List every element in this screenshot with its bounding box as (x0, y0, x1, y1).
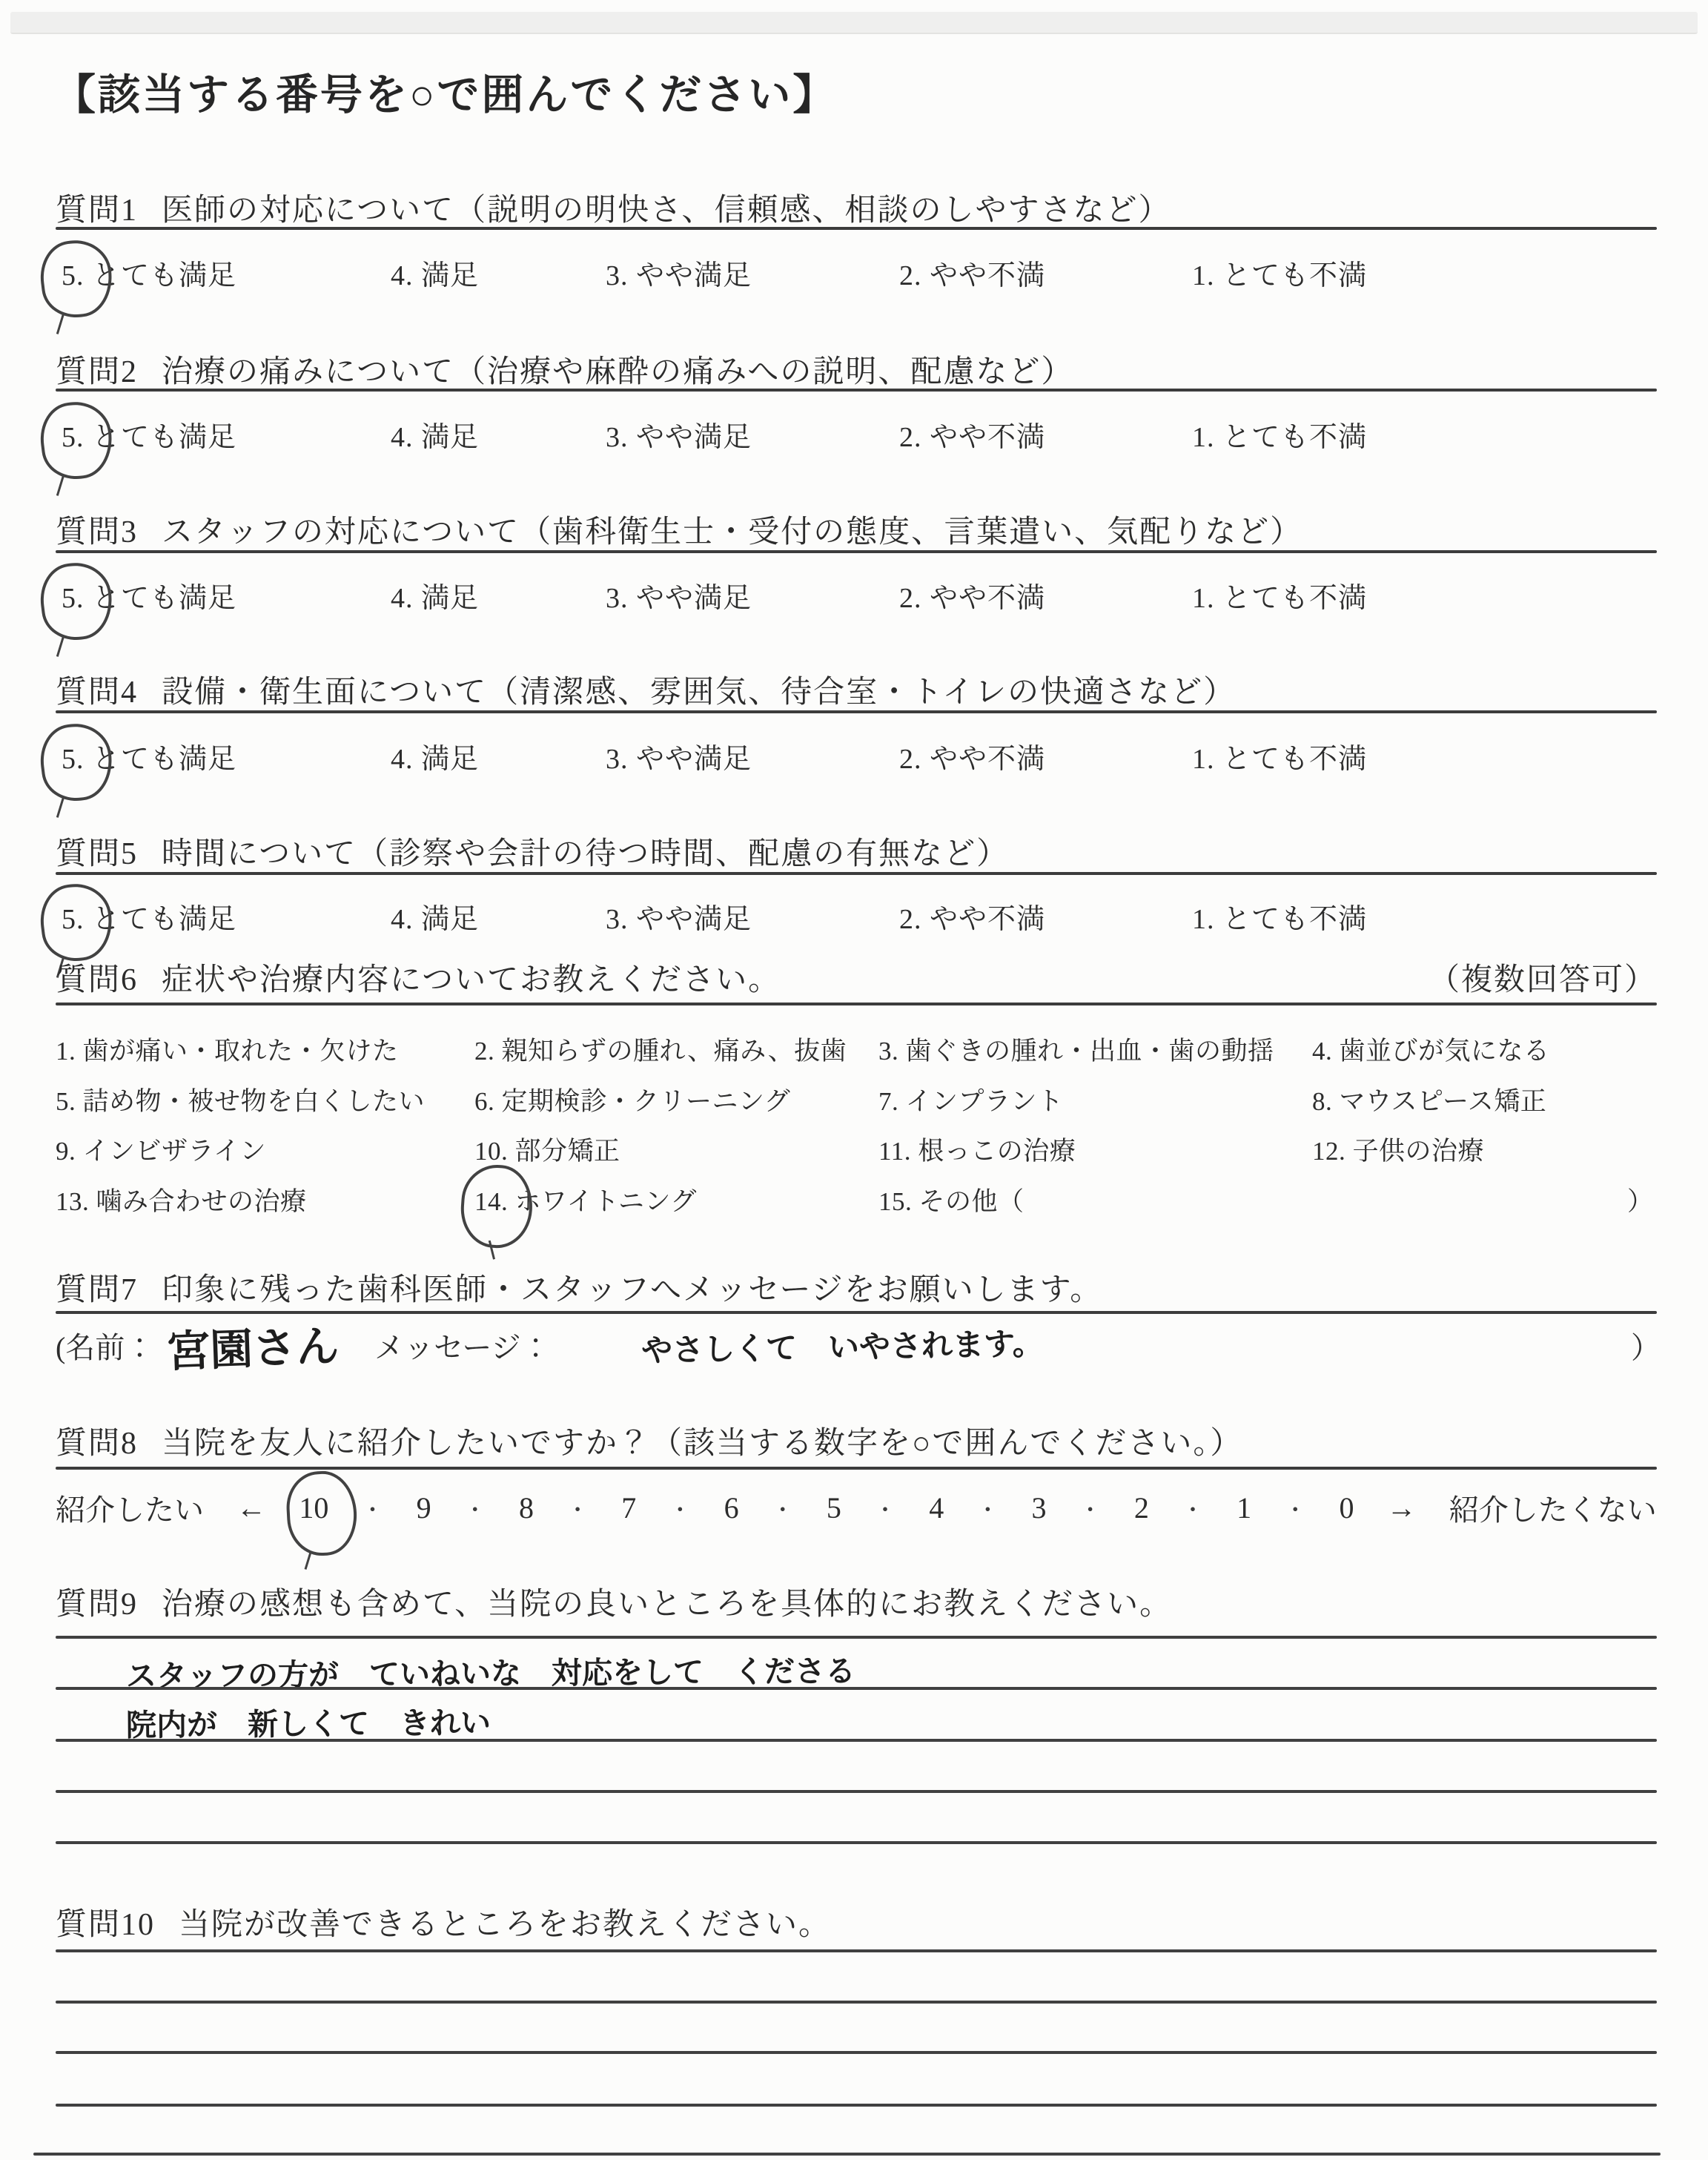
question-7-answer-row: (名前： 宮園さん メッセージ： やさしくて いやされます。 ） (56, 1324, 1657, 1391)
scan-edge-band (10, 12, 1698, 34)
nps-number-2: 2 (1134, 1490, 1149, 1525)
handwritten-message: やさしくて いやされます。 (641, 1319, 1045, 1370)
scale-separator: ・ (669, 1492, 691, 1525)
question-9-header: 質問9治療の感想も含めて、当院の良いところを具体的にお教えください。 (56, 1579, 1172, 1624)
question-8-title: 当院を友人に紹介したいですか？（該当する数字を○で囲んでください。） (162, 1427, 1242, 1461)
rating-option-4: 4. 満足 (391, 575, 479, 615)
answer-line (56, 1687, 1657, 1690)
rating-option-3: 3. やや満足 (606, 896, 752, 937)
nps-number-6: 6 (724, 1490, 739, 1525)
question-2-label: 質問2 (56, 355, 138, 389)
question-4-label: 質問4 (56, 676, 138, 710)
answer-line (56, 1636, 1657, 1639)
symptom-item-8: 8. マウスピース矯正 (1312, 1081, 1546, 1118)
rating-option-1: 1. とても不満 (1192, 575, 1367, 615)
question-3-options: 5. とても満足 4. 満足 3. やや満足 2. やや不満 1. とても不満 (56, 575, 1657, 619)
nps-number-0: 0 (1339, 1490, 1354, 1525)
rating-option-3: 3. やや満足 (606, 252, 752, 293)
question-5-header: 質問5時間について（診察や会計の待つ時間、配慮の有無など） (56, 829, 1009, 873)
question-1-rule (56, 227, 1657, 230)
rating-option-1: 1. とても不満 (1192, 736, 1367, 776)
answer-line (56, 1949, 1657, 1952)
nps-number-10: 10 (299, 1490, 328, 1525)
question-5-options: 5. とても満足 4. 満足 3. やや満足 2. やや不満 1. とても不満 (56, 896, 1657, 940)
symptom-item-4: 4. 歯並びが気になる (1312, 1031, 1550, 1068)
question-8-header: 質問8当院を友人に紹介したいですか？（該当する数字を○で囲んでください。） (56, 1418, 1242, 1463)
scale-separator: ・ (976, 1492, 999, 1525)
symptom-item-5: 5. 詰め物・被せ物を白くしたい (56, 1081, 425, 1118)
rating-option-1: 1. とても不満 (1192, 896, 1367, 937)
question-6-header: 質問6症状や治療内容についてお教えください。 （複数回答可） (56, 955, 1657, 1000)
answer-line (33, 2153, 1661, 2156)
question-9-title: 治療の感想も含めて、当院の良いところを具体的にお教えください。 (162, 1588, 1172, 1622)
symptom-item-12: 12. 子供の治療 (1312, 1131, 1484, 1168)
scale-separator: ・ (1284, 1492, 1306, 1525)
nps-scale-row: 紹介したい ← 10 ・ 9 ・ 8 ・ 7 ・ 6 ・ 5 ・ 4 ・ 3 ・… (56, 1487, 1657, 1529)
rating-option-3: 3. やや満足 (606, 575, 752, 615)
right-arrow-icon: → (1387, 1490, 1417, 1525)
circled-answer-mark (458, 1163, 535, 1250)
question-3-rule (56, 550, 1657, 553)
symptom-item-13: 13. 噛み合わせの治療 (56, 1181, 307, 1218)
nps-number-8: 8 (519, 1490, 534, 1525)
question-2-options: 5. とても満足 4. 満足 3. やや満足 2. やや不満 1. とても不満 (56, 414, 1657, 458)
answer-line (56, 1790, 1657, 1793)
question-2-header: 質問2治療の痛みについて（治療や麻酔の痛みへの説明、配慮など） (56, 347, 1073, 392)
symptom-item-2: 2. 親知らずの腫れ、痛み、抜歯 (474, 1031, 847, 1068)
rating-option-4: 4. 満足 (391, 414, 479, 455)
question-1-header: 質問1医師の対応について（説明の明快さ、信頼感、相談のしやすさなど） (56, 185, 1171, 230)
nps-number-1: 1 (1237, 1490, 1251, 1525)
answer-line (56, 2001, 1657, 2004)
question-1-options: 5. とても満足 4. 満足 3. やや満足 2. やや不満 1. とても不満 (56, 252, 1657, 297)
rating-option-4: 4. 満足 (391, 896, 479, 937)
scale-separator: ・ (1079, 1492, 1102, 1525)
nps-number-7: 7 (621, 1490, 636, 1525)
rating-option-1: 1. とても不満 (1192, 252, 1367, 293)
handwritten-name: 宮園さん (166, 1311, 340, 1379)
question-6-row-1: 1. 歯が痛い・取れた・欠けた 2. 親知らずの腫れ、痛み、抜歯 3. 歯ぐきの… (56, 1031, 1657, 1071)
question-6-row-3: 9. インビザライン 10. 部分矯正 11. 根っこの治療 12. 子供の治療 (56, 1131, 1657, 1171)
question-6-note: （複数回答可） (1429, 955, 1657, 1000)
rating-option-5: 5. とても満足 (62, 736, 236, 776)
nps-right-label: 紹介したくない (1449, 1487, 1657, 1529)
question-7-header: 質問7印象に残った歯科医師・スタッフへメッセージをお願いします。 (56, 1265, 1102, 1309)
symptom-item-7: 7. インプラント (878, 1081, 1064, 1118)
rating-option-3: 3. やや満足 (606, 736, 752, 776)
rating-option-1: 1. とても不満 (1192, 414, 1367, 455)
question-7-label: 質問7 (56, 1273, 138, 1307)
question-6-title: 症状や治療内容についてお教えください。 (162, 963, 781, 997)
nps-number-4: 4 (929, 1490, 944, 1525)
close-paren: ） (1631, 1324, 1661, 1367)
circled-answer-mark (36, 398, 116, 483)
question-1-label: 質問1 (56, 194, 138, 228)
rating-option-4: 4. 満足 (391, 252, 479, 293)
question-5-title: 時間について（診察や会計の待つ時間、配慮の有無など） (162, 837, 1009, 871)
symptom-item-9: 9. インビザライン (56, 1131, 266, 1168)
message-field-label: メッセージ： (374, 1324, 551, 1367)
question-4-rule (56, 710, 1657, 713)
handwritten-answer-line-2: 院内が 新しくて きれい (126, 1698, 491, 1744)
scale-separator: ・ (566, 1492, 589, 1525)
question-8-label: 質問8 (56, 1427, 138, 1461)
left-arrow-icon: ← (236, 1490, 266, 1525)
question-10-label: 質問10 (56, 1908, 155, 1942)
question-6-rule (56, 1003, 1657, 1005)
nps-number-5: 5 (827, 1490, 841, 1525)
question-7-title: 印象に残った歯科医師・スタッフへメッセージをお願いします。 (162, 1273, 1102, 1307)
symptom-item-15-close-paren: ） (1627, 1181, 1654, 1218)
scale-separator: ・ (361, 1492, 383, 1525)
scale-separator: ・ (1182, 1492, 1204, 1525)
circled-answer-mark (36, 559, 116, 644)
question-6-row-2: 5. 詰め物・被せ物を白くしたい 6. 定期検診・クリーニング 7. インプラン… (56, 1081, 1657, 1121)
rating-option-3: 3. やや満足 (606, 414, 752, 455)
nps-number-3: 3 (1032, 1490, 1047, 1525)
circled-answer-mark (36, 880, 116, 965)
question-10-title: 当院が改善できるところをお教えください。 (179, 1908, 831, 1942)
rating-option-2: 2. やや不満 (899, 252, 1045, 293)
question-10-header: 質問10当院が改善できるところをお教えください。 (56, 1900, 831, 1944)
question-2-rule (56, 389, 1657, 392)
question-9-label: 質問9 (56, 1588, 138, 1622)
symptom-item-15: 15. その他（ (878, 1181, 1025, 1218)
rating-option-5: 5. とても満足 (62, 896, 236, 937)
rating-option-4: 4. 満足 (391, 736, 479, 776)
answer-line (56, 1841, 1657, 1844)
answer-line (56, 2104, 1657, 2107)
question-3-label: 質問3 (56, 515, 138, 549)
question-3-header: 質問3スタッフの対応について（歯科衛生士・受付の態度、言葉遣い、気配りなど） (56, 507, 1302, 552)
rating-option-5: 5. とても満足 (62, 252, 236, 293)
rating-option-5: 5. とても満足 (62, 414, 236, 455)
circled-answer-mark (36, 237, 116, 322)
rating-option-2: 2. やや不満 (899, 736, 1045, 776)
rating-option-2: 2. やや不満 (899, 575, 1045, 615)
question-6-row-4: 13. 噛み合わせの治療 14. ホワイトニング 15. その他（ ） (56, 1181, 1657, 1221)
symptom-item-14: 14. ホワイトニング (474, 1181, 697, 1218)
symptom-item-3: 3. 歯ぐきの腫れ・出血・歯の動揺 (878, 1031, 1274, 1068)
question-1-title: 医師の対応について（説明の明快さ、信頼感、相談のしやすさなど） (162, 194, 1171, 228)
rating-option-2: 2. やや不満 (899, 896, 1045, 937)
scale-separator: ・ (874, 1492, 896, 1525)
symptom-item-6: 6. 定期検診・クリーニング (474, 1081, 790, 1118)
scale-separator: ・ (772, 1492, 794, 1525)
scale-separator: ・ (464, 1492, 486, 1525)
question-4-title: 設備・衛生面について（清潔感、雰囲気、待合室・トイレの快適さなど） (162, 676, 1236, 710)
answer-line (56, 2051, 1657, 2054)
circled-answer-mark (285, 1470, 359, 1558)
name-field-label: (名前： (56, 1324, 154, 1367)
answer-line (56, 1739, 1657, 1742)
circled-answer-mark (36, 720, 116, 805)
nps-number-9: 9 (417, 1490, 431, 1525)
question-2-title: 治療の痛みについて（治療や麻酔の痛みへの説明、配慮など） (162, 355, 1073, 389)
symptom-item-1: 1. 歯が痛い・取れた・欠けた (56, 1031, 399, 1068)
form-title: 【該当する番号を○で囲んでください】 (53, 61, 837, 122)
symptom-item-11: 11. 根っこの治療 (878, 1131, 1076, 1168)
question-3-title: スタッフの対応について（歯科衛生士・受付の態度、言葉遣い、気配りなど） (162, 515, 1302, 549)
survey-form-page: 【該当する番号を○で囲んでください】 質問1医師の対応について（説明の明快さ、信… (0, 0, 1708, 2160)
question-5-rule (56, 872, 1657, 875)
question-8-rule (56, 1467, 1657, 1470)
rating-option-5: 5. とても満足 (62, 575, 236, 615)
rating-option-2: 2. やや不満 (899, 414, 1045, 455)
question-6-label: 質問6 (56, 963, 138, 997)
question-4-options: 5. とても満足 4. 満足 3. やや満足 2. やや不満 1. とても不満 (56, 736, 1657, 780)
question-4-header: 質問4設備・衛生面について（清潔感、雰囲気、待合室・トイレの快適さなど） (56, 667, 1236, 712)
question-5-label: 質問5 (56, 837, 138, 871)
nps-left-label: 紹介したい (56, 1487, 204, 1529)
symptom-item-10: 10. 部分矯正 (474, 1131, 620, 1168)
